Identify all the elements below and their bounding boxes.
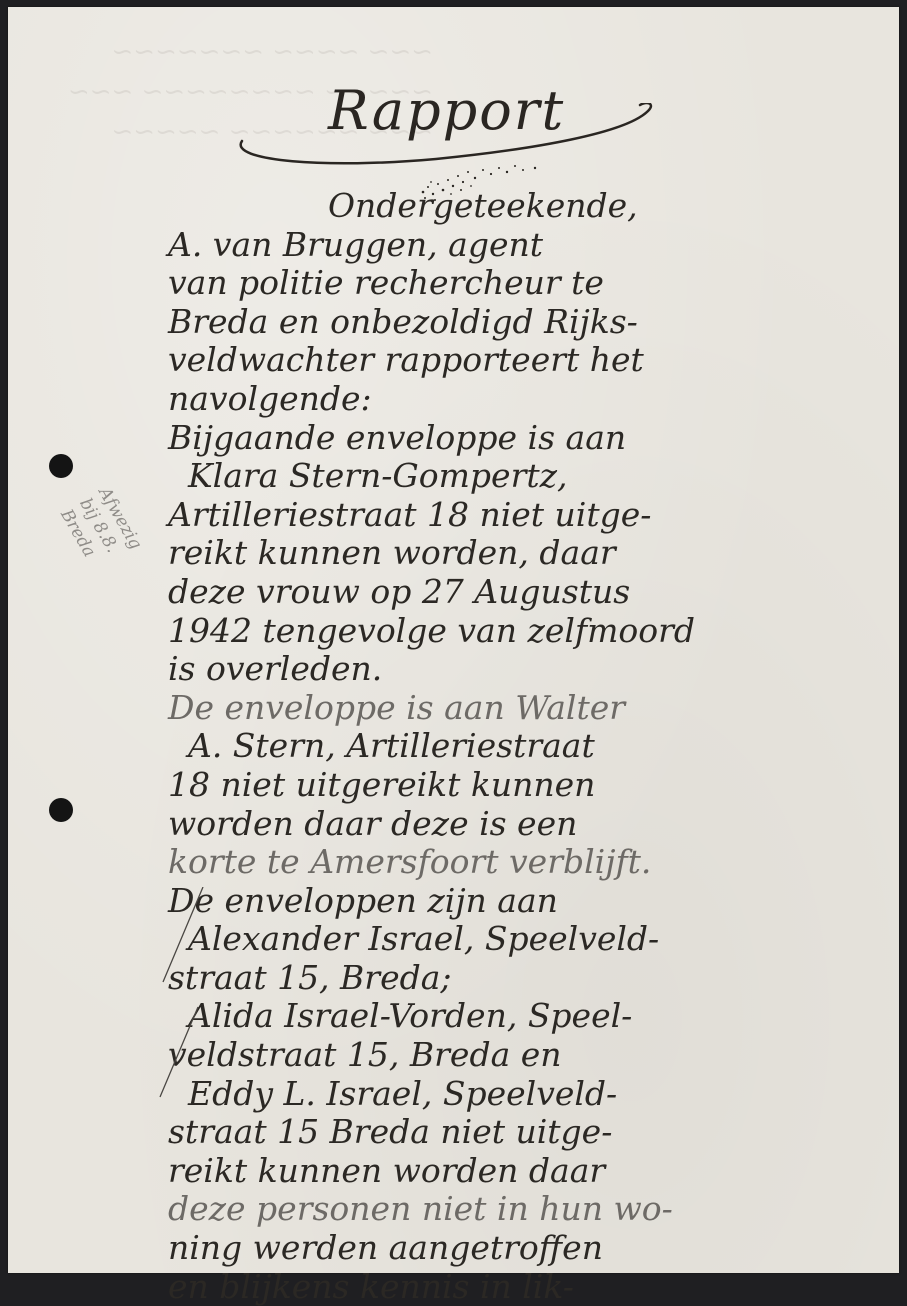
text-line: is overleden. — [168, 650, 888, 689]
text-line: ning werden aangetroffen — [168, 1229, 888, 1268]
text-line: straat 15 Breda niet uitge- — [168, 1113, 888, 1152]
text-line: reikt kunnen worden daar — [168, 1152, 888, 1191]
text-line: en blijkens kennis in lik- — [168, 1268, 888, 1280]
text-line: De enveloppen zijn aan — [168, 882, 888, 921]
text-line: deze vrouw op 27 Augustus — [168, 573, 888, 612]
text-line: straat 15, Breda; — [168, 959, 888, 998]
text-line: Alida Israel-Vorden, Speel- — [168, 997, 888, 1036]
text-line: veldstraat 15, Breda en — [168, 1036, 888, 1075]
report-body: Ondergeteekende, A. van Bruggen, agent v… — [168, 187, 888, 1280]
punch-hole-top — [49, 454, 73, 478]
pencil-text-line: deze personen niet in hun wo- — [168, 1190, 888, 1229]
text-line: Breda en onbezoldigd Rijks- — [168, 303, 888, 342]
pencil-text-line: De enveloppe is aan Walter — [168, 689, 888, 728]
text-line: 1942 tengevolge van zelfmoord — [168, 612, 888, 651]
text-line: van politie rechercheur te — [168, 264, 888, 303]
text-line: A. Stern, Artilleriestraat — [168, 727, 888, 766]
text-line: navolgende: — [168, 380, 888, 419]
pencil-margin-stroke — [158, 887, 208, 1127]
text-line: Eddy L. Israel, Speelveld- — [168, 1075, 888, 1114]
text-line: 18 niet uitgereikt kunnen — [168, 766, 888, 805]
text-line: reikt kunnen worden, daar — [168, 534, 888, 573]
text-line: A. van Bruggen, agent — [168, 226, 888, 265]
pencil-text-line: korte te Amersfoort verblijft. — [168, 843, 888, 882]
text-line: veldwachter rapporteert het — [168, 341, 888, 380]
punch-hole-bottom — [49, 798, 73, 822]
text-line: Bijgaande enveloppe is aan — [168, 419, 888, 458]
text-line: Klara Stern-Gompertz, — [168, 457, 888, 496]
text-line: Alexander Israel, Speelveld- — [168, 920, 888, 959]
text-line: Ondergeteekende, — [168, 187, 888, 226]
document-page: ~~~ ~~~~ ~~~~~~~ ~~~~~ ~~~~~~~~ ~~~ ~~~ … — [8, 7, 899, 1273]
text-line: worden daar deze is een — [168, 805, 888, 844]
text-line: Artilleriestraat 18 niet uitge- — [168, 496, 888, 535]
